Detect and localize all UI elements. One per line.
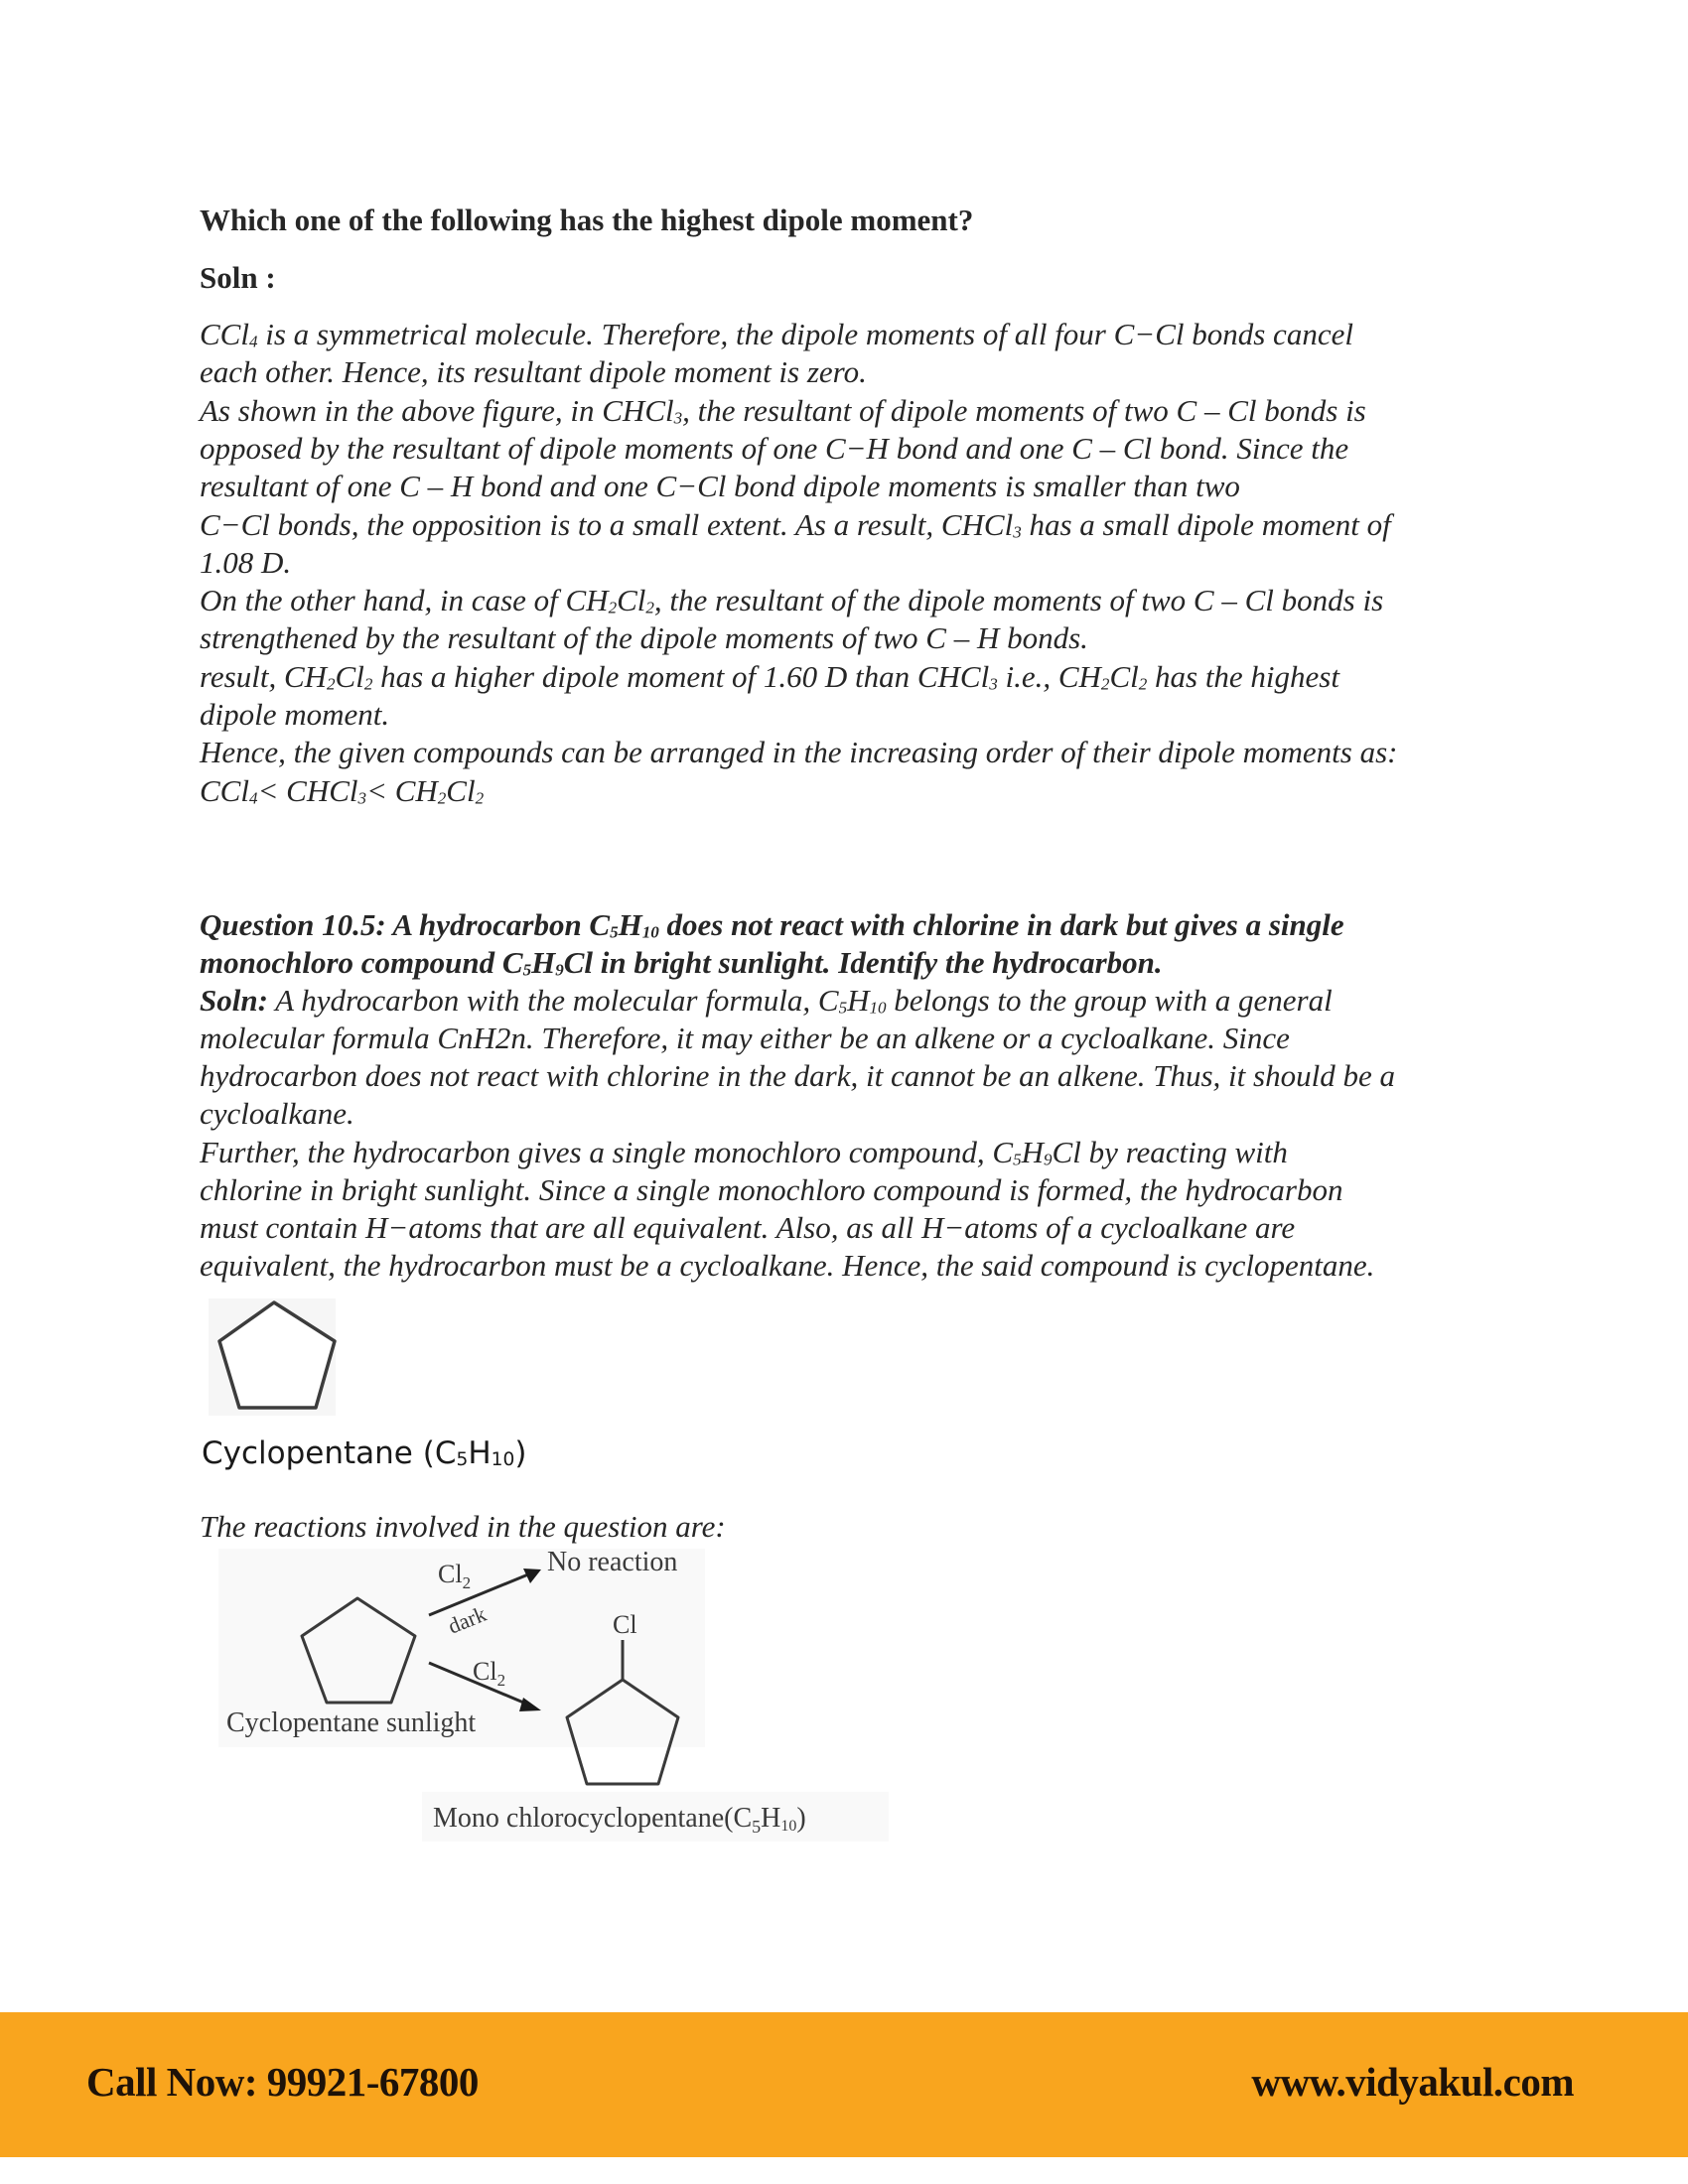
upper-product: No reaction [547, 1547, 677, 1577]
reactant-label: Cyclopentane sunlight [226, 1707, 476, 1738]
reaction-scheme: Cl2 dark No reaction Cl2 Cyclopentane su… [0, 0, 1688, 1985]
substituent-cl: Cl [613, 1610, 637, 1639]
footer-banner: Call Now: 99921-67800 www.vidyakul.com [0, 2012, 1688, 2157]
call-now-phone[interactable]: Call Now: 99921-67800 [86, 2058, 479, 2106]
website-link[interactable]: www.vidyakul.com [1251, 2058, 1574, 2106]
product-label: Mono chlorocyclopentane(C5H10) [433, 1803, 806, 1837]
